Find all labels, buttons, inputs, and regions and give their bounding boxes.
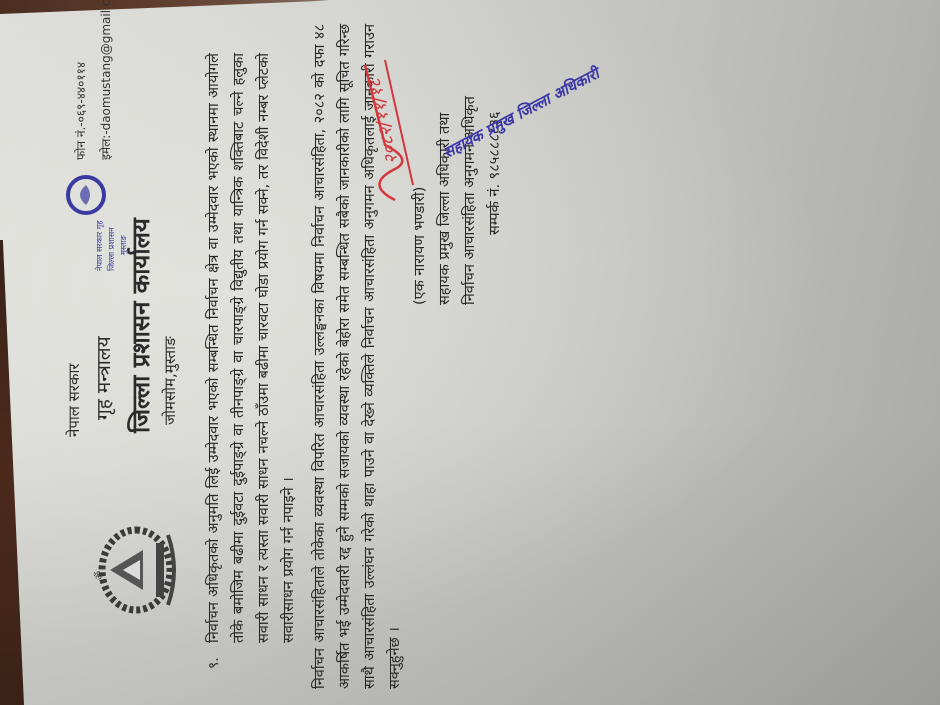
office-phone: फोन नं.-०६९-४४०११४: [72, 62, 89, 160]
ministry-name: गृह मन्त्रालय: [90, 336, 116, 420]
notice-page: ॐ नेपाल सरकार गृह मन्त्रालय जिल्ला प्रशा…: [0, 0, 940, 705]
svg-text:मुस्ताङ: मुस्ताङ: [119, 234, 129, 255]
svg-text:नेपाल सरकार गृह: नेपाल सरकार गृह: [94, 220, 105, 271]
svg-text:जिल्ला प्रशासन: जिल्ला प्रशासन: [106, 227, 116, 271]
handwritten-signature: २०८२/११/१८: [355, 55, 429, 205]
signatory-contact: सम्पर्क नं. ९८५८८८८३६: [483, 85, 508, 235]
office-email: इमेल:-daomustang@gmail.cor: [97, 0, 114, 160]
office-location: जोमसोम,मुस्ताङ: [160, 336, 180, 425]
paragraph-text: निर्वाचन अधिकृतको अनुमति लिई उम्मेदवार भ…: [206, 53, 297, 643]
signatory-title-1: सहायक प्रमुख जिल्ला अधिकारी तथा: [433, 90, 458, 305]
signatory-name: (एक नारायण भण्डारी): [408, 190, 433, 305]
nepal-government-emblem-icon: ॐ: [88, 515, 178, 625]
office-seal-icon: नेपाल सरकार गृह जिल्ला प्रशासन मुस्ताङ: [64, 175, 134, 275]
government-name: नेपाल सरकार: [64, 364, 84, 437]
signatory-title-2: निर्वाचन आचारसंहिता अनुगमन अधिकृत: [458, 75, 483, 305]
notice-paragraph-1: ९. निर्वाचन अधिकृतको अनुमति लिई उम्मेदवा…: [202, 53, 302, 643]
paragraph-number: ९.: [202, 657, 227, 669]
svg-text:ॐ: ॐ: [93, 571, 105, 580]
